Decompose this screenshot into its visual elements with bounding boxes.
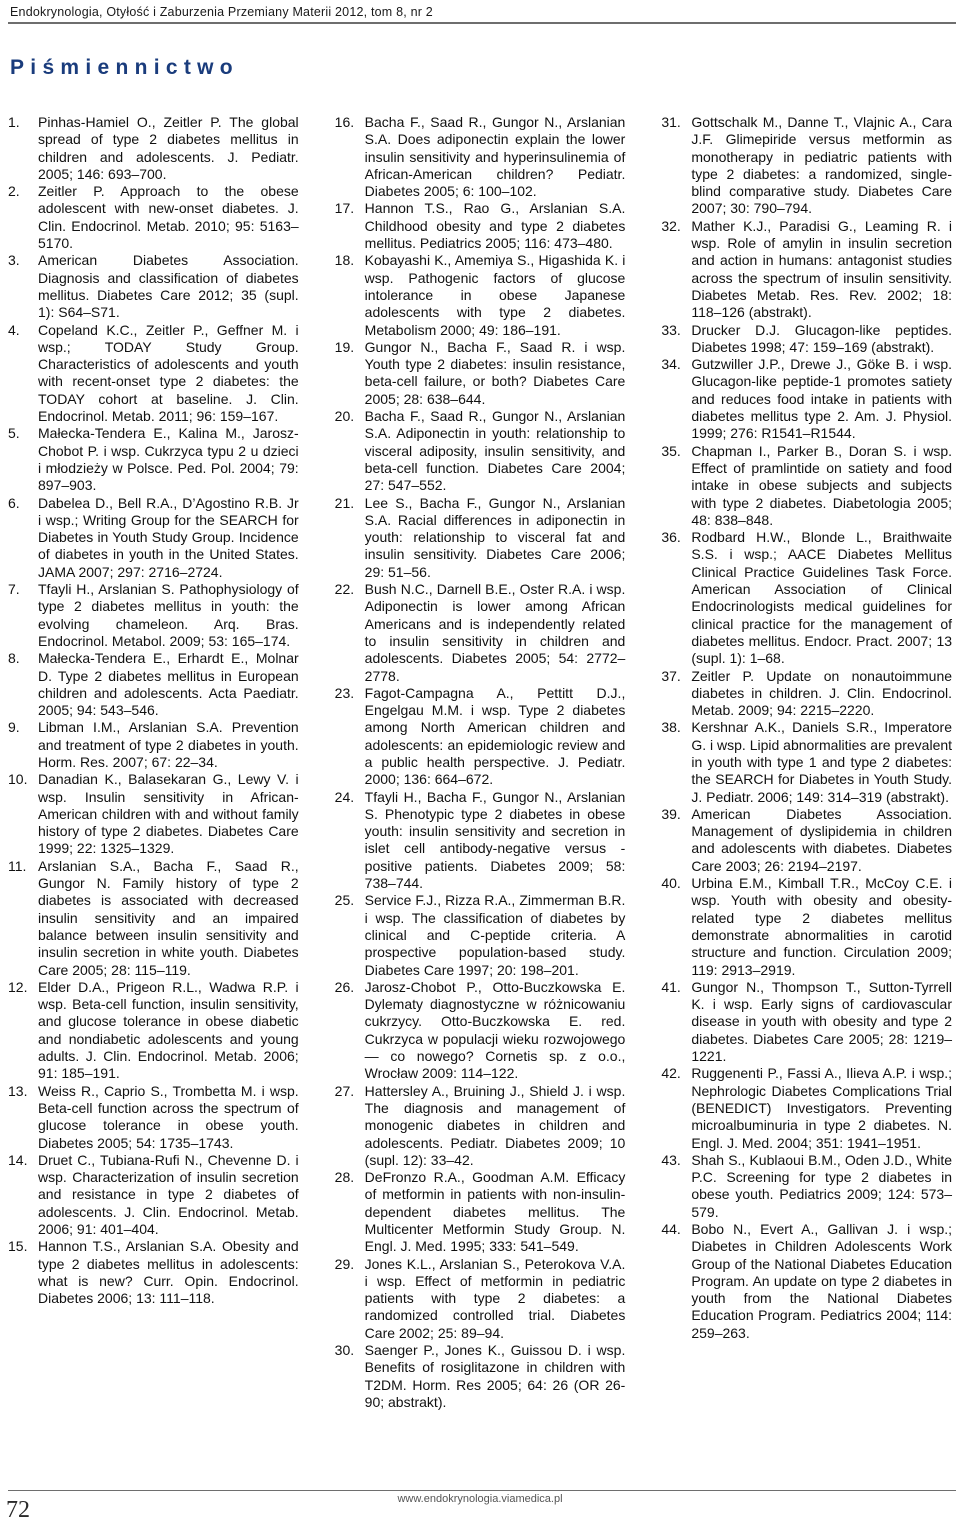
reference-item: 29.Jones K.L., Arslanian S., Peterokova … xyxy=(335,1256,626,1342)
reference-item: 18.Kobayashi K., Amemiya S., Higashida K… xyxy=(335,252,626,338)
reference-number: 2. xyxy=(8,183,20,200)
reference-item: 30.Saenger P., Jones K., Guissou D. i ws… xyxy=(335,1342,626,1411)
reference-number: 44. xyxy=(661,1221,680,1238)
reference-text: Hattersley A., Bruining J., Shield J. i … xyxy=(365,1083,626,1168)
reference-number: 40. xyxy=(661,875,680,892)
reference-text: Kobayashi K., Amemiya S., Higashida K. i… xyxy=(365,252,626,337)
reference-item: 34.Gutzwiller J.P., Drewe J., Göke B. i … xyxy=(661,356,952,442)
reference-number: 43. xyxy=(661,1152,680,1169)
reference-text: Fagot-Campagna A., Pettitt D.J., Engelga… xyxy=(365,685,626,787)
reference-text: Pinhas-Hamiel O., Zeitler P. The global … xyxy=(38,114,299,182)
reference-text: Tfayli H., Bacha F., Gungor N., Arslania… xyxy=(365,789,626,891)
reference-number: 21. xyxy=(335,495,354,512)
reference-number: 7. xyxy=(8,581,20,598)
reference-text: Bacha F., Saad R., Gungor N., Arslanian … xyxy=(365,114,626,199)
reference-item: 38.Kershnar A.K., Daniels S.R., Imperato… xyxy=(661,719,952,805)
reference-number: 11. xyxy=(8,858,26,875)
journal-header: Endokrynologia, Otyłość i Zaburzenia Prz… xyxy=(10,5,433,19)
reference-number: 3. xyxy=(8,252,20,269)
reference-number: 30. xyxy=(335,1342,354,1359)
reference-item: 26.Jarosz-Chobot P., Otto-Buczkowska E. … xyxy=(335,979,626,1083)
reference-text: Dabelea D., Bell R.A., D’Agostino R.B. J… xyxy=(38,495,299,580)
reference-text: Urbina E.M., Kimball T.R., McCoy C.E. i … xyxy=(691,875,952,977)
reference-text: Gutzwiller J.P., Drewe J., Göke B. i wsp… xyxy=(691,356,952,441)
reference-text: Bobo N., Evert A., Gallivan J. i wsp.; D… xyxy=(691,1221,952,1341)
reference-item: 42.Ruggenenti P., Fassi A., Ilieva A.P. … xyxy=(661,1065,952,1151)
reference-number: 6. xyxy=(8,495,20,512)
reference-text: Drucker D.J. Glucagon-like peptides. Dia… xyxy=(691,322,952,355)
reference-number: 26. xyxy=(335,979,354,996)
reference-item: 5.Małecka-Tendera E., Kalina M., Jarosz-… xyxy=(8,425,299,494)
reference-item: 16.Bacha F., Saad R., Gungor N., Arslani… xyxy=(335,114,626,200)
footer-url: www.endokrynologia.viamedica.pl xyxy=(0,1493,960,1505)
page-number: 72 xyxy=(6,1497,30,1524)
reference-text: Bush N.C., Darnell B.E., Oster R.A. i ws… xyxy=(365,581,626,683)
reference-item: 17.Hannon T.S., Rao G., Arslanian S.A. C… xyxy=(335,200,626,252)
reference-item: 3.American Diabetes Association. Diagnos… xyxy=(8,252,299,321)
reference-item: 40.Urbina E.M., Kimball T.R., McCoy C.E.… xyxy=(661,875,952,979)
reference-text: Hannon T.S., Rao G., Arslanian S.A. Chil… xyxy=(365,200,626,251)
reference-text: Druet C., Tubiana-Rufi N., Chevenne D. i… xyxy=(38,1152,299,1237)
reference-item: 35.Chapman I., Parker B., Doran S. i wsp… xyxy=(661,443,952,529)
reference-item: 6.Dabelea D., Bell R.A., D’Agostino R.B.… xyxy=(8,495,299,581)
header-rule xyxy=(8,22,956,24)
reference-item: 2.Zeitler P. Approach to the obese adole… xyxy=(8,183,299,252)
reference-text: Zeitler P. Update on nonautoimmune diabe… xyxy=(691,668,952,719)
reference-number: 31. xyxy=(661,114,680,131)
reference-number: 33. xyxy=(661,322,680,339)
reference-text: Ruggenenti P., Fassi A., Ilieva A.P. i w… xyxy=(691,1065,952,1150)
reference-number: 41. xyxy=(661,979,680,996)
reference-item: 19.Gungor N., Bacha F., Saad R. i wsp. Y… xyxy=(335,339,626,408)
reference-item: 10.Danadian K., Balasekaran G., Lewy V. … xyxy=(8,771,299,857)
reference-item: 1.Pinhas-Hamiel O., Zeitler P. The globa… xyxy=(8,114,299,183)
reference-number: 28. xyxy=(335,1169,354,1186)
reference-text: Gungor N., Bacha F., Saad R. i wsp. Yout… xyxy=(365,339,626,407)
reference-item: 9.Libman I.M., Arslanian S.A. Prevention… xyxy=(8,719,299,771)
reference-text: Saenger P., Jones K., Guissou D. i wsp. … xyxy=(365,1342,626,1410)
reference-item: 15.Hannon T.S., Arslanian S.A. Obesity a… xyxy=(8,1238,299,1307)
reference-text: Kershnar A.K., Daniels S.R., Imperatore … xyxy=(691,719,952,804)
reference-item: 44.Bobo N., Evert A., Gallivan J. i wsp.… xyxy=(661,1221,952,1342)
reference-text: Małecka-Tendera E., Erhardt E., Molnar D… xyxy=(38,650,299,718)
reference-text: Shah S., Kublaoui B.M., Oden J.D., White… xyxy=(691,1152,952,1220)
reference-item: 36.Rodbard H.W., Blonde L., Braithwaite … xyxy=(661,529,952,667)
references-column-1: 1.Pinhas-Hamiel O., Zeitler P. The globa… xyxy=(8,114,299,1307)
reference-item: 41.Gungor N., Thompson T., Sutton-Tyrrel… xyxy=(661,979,952,1065)
reference-number: 17. xyxy=(335,200,354,217)
reference-number: 19. xyxy=(335,339,354,356)
reference-number: 32. xyxy=(661,218,680,235)
reference-item: 37.Zeitler P. Update on nonautoimmune di… xyxy=(661,668,952,720)
journal-page: Endokrynologia, Otyłość i Zaburzenia Prz… xyxy=(0,0,960,1528)
reference-item: 28.DeFronzo R.A., Goodman A.M. Efficacy … xyxy=(335,1169,626,1255)
reference-item: 14.Druet C., Tubiana-Rufi N., Chevenne D… xyxy=(8,1152,299,1238)
reference-item: 23.Fagot-Campagna A., Pettitt D.J., Enge… xyxy=(335,685,626,789)
reference-text: Libman I.M., Arslanian S.A. Prevention a… xyxy=(38,719,299,770)
reference-item: 13.Weiss R., Caprio S., Trombetta M. i w… xyxy=(8,1083,299,1152)
reference-number: 27. xyxy=(335,1083,354,1100)
reference-text: Małecka-Tendera E., Kalina M., Jarosz-Ch… xyxy=(38,425,299,493)
reference-text: Chapman I., Parker B., Doran S. i wsp. E… xyxy=(691,443,952,528)
reference-number: 18. xyxy=(335,252,354,269)
reference-item: 31.Gottschalk M., Danne T., Vlajnic A., … xyxy=(661,114,952,218)
reference-text: Copeland K.C., Zeitler P., Geffner M. i … xyxy=(38,322,299,424)
reference-number: 22. xyxy=(335,581,354,598)
references-columns: 1.Pinhas-Hamiel O., Zeitler P. The globa… xyxy=(8,114,952,1411)
references-column-3: 31.Gottschalk M., Danne T., Vlajnic A., … xyxy=(661,114,952,1342)
reference-number: 14. xyxy=(8,1152,27,1169)
reference-number: 16. xyxy=(335,114,354,131)
reference-item: 7.Tfayli H., Arslanian S. Pathophysiolog… xyxy=(8,581,299,650)
reference-number: 29. xyxy=(335,1256,354,1273)
reference-number: 1. xyxy=(8,114,20,131)
reference-item: 33.Drucker D.J. Glucagon-like peptides. … xyxy=(661,322,952,357)
references-column-2: 16.Bacha F., Saad R., Gungor N., Arslani… xyxy=(335,114,626,1411)
reference-number: 23. xyxy=(335,685,354,702)
reference-number: 42. xyxy=(661,1065,680,1082)
reference-number: 8. xyxy=(8,650,20,667)
reference-text: Gottschalk M., Danne T., Vlajnic A., Car… xyxy=(691,114,952,216)
reference-number: 13. xyxy=(8,1083,27,1100)
reference-text: Lee S., Bacha F., Gungor N., Arslanian S… xyxy=(365,495,626,580)
reference-item: 8.Małecka-Tendera E., Erhardt E., Molnar… xyxy=(8,650,299,719)
reference-text: DeFronzo R.A., Goodman A.M. Efficacy of … xyxy=(365,1169,626,1254)
reference-number: 24. xyxy=(335,789,354,806)
reference-number: 12. xyxy=(8,979,27,996)
reference-number: 20. xyxy=(335,408,354,425)
reference-text: Jones K.L., Arslanian S., Peterokova V.A… xyxy=(365,1256,626,1341)
section-title: Piśmiennictwo xyxy=(10,56,239,80)
reference-text: Tfayli H., Arslanian S. Pathophysiology … xyxy=(38,581,299,649)
reference-item: 12.Elder D.A., Prigeon R.L., Wadwa R.P. … xyxy=(8,979,299,1083)
reference-number: 5. xyxy=(8,425,20,442)
reference-text: American Diabetes Association. Managemen… xyxy=(691,806,952,874)
reference-number: 25. xyxy=(335,892,354,909)
reference-number: 4. xyxy=(8,322,20,339)
reference-text: Service F.J., Rizza R.A., Zimmerman B.R.… xyxy=(365,892,626,977)
reference-number: 10. xyxy=(8,771,27,788)
reference-text: Danadian K., Balasekaran G., Lewy V. i w… xyxy=(38,771,299,856)
reference-item: 32.Mather K.J., Paradisi G., Leaming R. … xyxy=(661,218,952,322)
reference-number: 35. xyxy=(661,443,680,460)
reference-number: 15. xyxy=(8,1238,27,1255)
reference-text: Hannon T.S., Arslanian S.A. Obesity and … xyxy=(38,1238,299,1306)
reference-number: 38. xyxy=(661,719,680,736)
reference-text: Bacha F., Saad R., Gungor N., Arslanian … xyxy=(365,408,626,493)
reference-item: 27.Hattersley A., Bruining J., Shield J.… xyxy=(335,1083,626,1169)
reference-text: Jarosz-Chobot P., Otto-Buczkowska E. Dyl… xyxy=(365,979,626,1081)
reference-text: Rodbard H.W., Blonde L., Braithwaite S.S… xyxy=(691,529,952,666)
reference-text: Weiss R., Caprio S., Trombetta M. i wsp.… xyxy=(38,1083,299,1151)
reference-text: Mather K.J., Paradisi G., Leaming R. i w… xyxy=(691,218,952,320)
reference-number: 37. xyxy=(661,668,680,685)
reference-text: Gungor N., Thompson T., Sutton-Tyrrell K… xyxy=(691,979,952,1064)
footer-rule xyxy=(8,1490,956,1491)
reference-item: 25.Service F.J., Rizza R.A., Zimmerman B… xyxy=(335,892,626,978)
reference-item: 11.Arslanian S.A., Bacha F., Saad R., Gu… xyxy=(8,858,299,979)
reference-text: Arslanian S.A., Bacha F., Saad R., Gungo… xyxy=(38,858,299,978)
reference-text: Elder D.A., Prigeon R.L., Wadwa R.P. i w… xyxy=(38,979,299,1081)
reference-text: Zeitler P. Approach to the obese adolesc… xyxy=(38,183,299,251)
reference-number: 9. xyxy=(8,719,20,736)
reference-number: 39. xyxy=(661,806,680,823)
reference-number: 36. xyxy=(661,529,680,546)
reference-item: 4.Copeland K.C., Zeitler P., Geffner M. … xyxy=(8,322,299,426)
reference-item: 24.Tfayli H., Bacha F., Gungor N., Arsla… xyxy=(335,789,626,893)
reference-item: 20.Bacha F., Saad R., Gungor N., Arslani… xyxy=(335,408,626,494)
reference-item: 22.Bush N.C., Darnell B.E., Oster R.A. i… xyxy=(335,581,626,685)
reference-text: American Diabetes Association. Diagnosis… xyxy=(38,252,299,320)
reference-item: 21.Lee S., Bacha F., Gungor N., Arslania… xyxy=(335,495,626,581)
reference-item: 43.Shah S., Kublaoui B.M., Oden J.D., Wh… xyxy=(661,1152,952,1221)
reference-item: 39.American Diabetes Association. Manage… xyxy=(661,806,952,875)
reference-number: 34. xyxy=(661,356,680,373)
